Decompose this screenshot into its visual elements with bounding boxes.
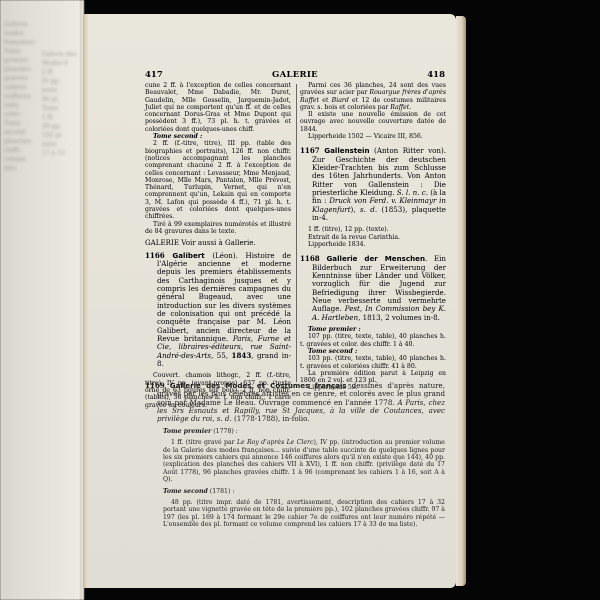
entry-1168: 1168 Gallerie der Menschen. Ein Bilderbu… [300,255,446,322]
right-column: Parmi ces 36 planches, 24 sont des vues … [300,82,446,392]
running-title: GALERIE [145,70,445,80]
emission-note: Il existe une nouvelle émission de cet o… [300,111,446,133]
tome-premier-text: 107 pp. (titre, texte, table), 40 planch… [300,333,446,348]
tome-premier-label: Tome premier : [300,326,446,333]
see-also-line: GALERIE Voir aussi à Gallerie. [145,239,291,247]
entry-1167-collation: 1 ff. (titre), 12 pp. (texte). [300,226,446,233]
tome-second-heading: Tome second (1781) : [145,488,445,495]
tome-premier-text: 1 ff. (titre gravé par Le Roy d'après Le… [145,439,445,483]
entry-1167-extract: Extrait de la revue Carinthia. [300,234,446,241]
tome-second-text: 103 pp. (titre, texte, table), 40 planch… [300,355,446,370]
entry-1166: 1166 Galibert (Léon). Histoire de l'Algé… [145,252,291,369]
left-page-blurred: Gallerie modes françaises Tome premier p… [0,0,84,600]
continued-text: cune 2 ff. à l'exception de celles conce… [145,82,291,133]
entry-1169: 1169 Gallerie des Modes et Costumes fran… [145,382,445,424]
tome-second-text: 2 ff. (f.-titre, titre), III pp. (table … [145,140,291,220]
page-edge [456,16,466,586]
tirage-note: Tiré à 99 exemplaires numérotés et illus… [145,221,291,236]
entry-1167: 1167 Gallenstein (Anton Ritter von). Zur… [300,147,446,222]
tome-second-text: 48 pp. (titre impr. daté de 1781, averti… [145,499,445,529]
left-page-text-col1: Gallerie modes françaises Tome premier p… [4,20,38,173]
entry-1167-ref: Lipperheide 1834. [300,241,446,248]
page-number-right: 418 [427,70,445,80]
continued-text-right: Parmi ces 36 planches, 24 sont des vues … [300,82,446,111]
tome-second-label: Tome second : [300,348,446,355]
entry-1169-block: 1169 Gallerie des Modes et Costumes fran… [145,382,445,529]
left-column: cune 2 ff. à l'exception de celles conce… [145,82,291,409]
reference: Lipperheide 1502 — Vicaire III, 856. [300,133,446,140]
left-page-text-col2: Galerie des Modes 6 2 ff. IV pp. texte 9… [42,50,78,158]
tome-premier-heading: Tome premier (1778) : [145,428,445,435]
running-header: 417 GALERIE 418 [145,70,445,82]
column-divider [296,84,297,382]
tome-second-label: Tome second : [145,133,291,140]
